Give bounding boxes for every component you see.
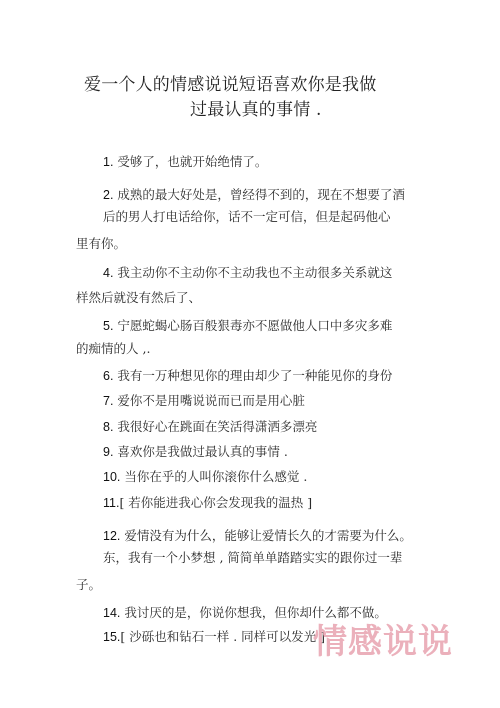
item-number: 5.	[103, 319, 113, 333]
item-number: 6.	[103, 369, 113, 383]
item-text: 爱你不是用嘴说说而已而是用心脏	[117, 393, 305, 408]
item-number: 2.	[103, 188, 113, 202]
item-number: 7.	[103, 394, 113, 408]
item-number: 9.	[103, 445, 113, 459]
item-text: 受够了，也就开始绝情了。	[117, 154, 267, 169]
document-title-line-2: 过最认真的事情 .	[190, 95, 322, 120]
item-number: 12.	[103, 529, 120, 543]
item-text: 爱情没有为什么，能够让爱情长久的才需要为什么。	[124, 528, 412, 543]
item-text: 我有一万种想见你的理由却少了一种能见你的身份	[117, 368, 392, 383]
document-title-line-1: 爱一个人的情感说说短语喜欢你是我做	[84, 70, 376, 95]
item-text: 样然后就没有然后了、	[76, 288, 201, 306]
item-text: 后的男人打电话给你，话不一定可信，但是起码他心	[103, 207, 391, 225]
item-text: [ 若你能进我心你会发现我的温热 ]	[119, 495, 312, 510]
item-number: 4.	[103, 266, 113, 280]
item-text: 我主动你不主动你不主动我也不主动很多关系就这	[117, 265, 392, 280]
item-number: 15.	[103, 630, 120, 644]
item-text: 子。	[76, 575, 101, 593]
item-text: 当你在乎的人叫你滚你什么感觉 .	[124, 469, 307, 484]
item-text: 我很好心在跳面在笑活得潇洒多漂亮	[117, 419, 317, 434]
item-number: 1.	[103, 155, 113, 169]
item-text: 里有你。	[76, 234, 126, 252]
item-text: [ 沙砾也和钻石一样 . 同样可以发光 ]	[120, 629, 325, 644]
item-text: 喜欢你是我做过最认真的事情 .	[117, 444, 287, 459]
item-number: 8.	[103, 420, 113, 434]
item-number: 10.	[103, 470, 120, 484]
watermark-logo: 情感说说	[313, 614, 453, 663]
item-number: 14.	[103, 606, 120, 620]
item-text: 的痴情的人 ,.	[76, 339, 150, 357]
item-text: 宁愿蛇蝎心肠百般狠毒亦不愿做他人口中多灾多难	[117, 318, 392, 333]
item-number: 11.	[103, 496, 119, 510]
item-text: 东，我有一个小梦想 , 简简单单踏踏实实的跟你过一辈	[103, 548, 402, 566]
item-text: 成熟的最大好处是，曾经得不到的，现在不想要了酒	[117, 187, 405, 202]
